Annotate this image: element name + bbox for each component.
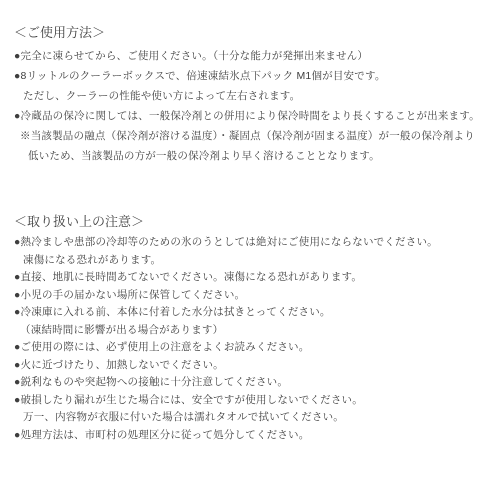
item-text: ご使用の際には、必ず使用上の注意をよくお読みください。	[21, 341, 310, 353]
item-text: 処理方法は、市町村の処理区分に従って処分してください。	[21, 429, 310, 441]
item-text: 破損したり漏れが生じた場合には、安全ですが使用しないでください。	[21, 394, 363, 406]
list-item-continuation: 凍傷になる恐れがあります。	[14, 252, 474, 270]
instruction-document: ＜ご使用方法＞ ●完全に凍らせてから、ご使用ください。（十分な能力が発揮出来ませ…	[0, 0, 480, 444]
item-text: 熱冷ましや患部の冷却等のための氷のうとしては絶対にご使用にならないでください。	[21, 236, 438, 248]
list-item: ●直接、地肌に長時間あてないでください。凍傷になる恐れがあります。	[14, 269, 474, 287]
list-item: ●冷凍庫に入れる前、本体に付着した水分は拭きとってください。	[14, 304, 474, 322]
item-text: 冷蔵品の保冷に関しては、一般保冷剤との併用により保冷時間をより長くすることが出来…	[21, 110, 480, 122]
list-item: ●8リットルのクーラーボックスで、倍速凍結氷点下パック M1個が目安です。	[14, 66, 474, 86]
list-item: ●火に近づけたり、加熱しないでください。	[14, 357, 474, 375]
item-text: （凍結時間に影響が出る場合があります）	[20, 324, 223, 336]
list-item: ●熱冷ましや患部の冷却等のための氷のうとしては絶対にご使用にならないでください。	[14, 234, 474, 252]
list-item: ●小児の手の届かない場所に保管してください。	[14, 287, 474, 305]
list-item: ●完全に凍らせてから、ご使用ください。（十分な能力が発揮出来ません）	[14, 46, 474, 66]
list-item-continuation: 低いため、当該製品の方が一般の保冷剤より早く溶けることとなります。	[14, 146, 474, 166]
item-text: 直接、地肌に長時間あてないでください。凍傷になる恐れがあります。	[21, 271, 363, 283]
item-text: 凍傷になる恐れがあります。	[23, 254, 161, 266]
list-item-continuation: ただし、クーラーの性能や使い方によって左右されます。	[14, 86, 474, 106]
reference-mark-icon: ※	[20, 130, 31, 142]
usage-item-list: ●完全に凍らせてから、ご使用ください。（十分な能力が発揮出来ません） ●8リット…	[14, 46, 474, 166]
item-text: 万一、内容物が衣服に付いた場合は濡れタオルで拭いてください。	[23, 411, 344, 423]
section-heading-precautions: ＜取り扱い上の注意＞	[14, 213, 474, 231]
item-text: ただし、クーラーの性能や使い方によって左右されます。	[23, 90, 300, 102]
item-text: 冷凍庫に入れる前、本体に付着した水分は拭きとってください。	[21, 306, 331, 318]
item-text: 火に近づけたり、加熱しないでください。	[21, 359, 224, 371]
precaution-item-list: ●熱冷ましや患部の冷却等のための氷のうとしては絶対にご使用にならないでください。…	[14, 234, 474, 444]
list-item-continuation: 万一、内容物が衣服に付いた場合は濡れタオルで拭いてください。	[14, 409, 474, 427]
list-item: ●鋭利なものや突起物への接触に十分注意してください。	[14, 374, 474, 392]
item-text: 当該製品の融点（保冷剤が溶ける温度）・凝固点（保冷剤が固まる温度）が一般の保冷剤…	[31, 130, 475, 142]
item-text: 小児の手の届かない場所に保管してください。	[21, 289, 246, 301]
item-text: 完全に凍らせてから、ご使用ください。（十分な能力が発揮出来ません）	[21, 50, 369, 62]
item-text: 鋭利なものや突起物への接触に十分注意してください。	[21, 376, 289, 388]
item-text: 8リットルのクーラーボックスで、倍速凍結氷点下パック M1個が目安です。	[21, 70, 386, 82]
list-item: ●破損したり漏れが生じた場合には、安全ですが使用しないでください。	[14, 392, 474, 410]
section-precautions: ＜取り扱い上の注意＞ ●熱冷ましや患部の冷却等のための氷のうとしては絶対にご使用…	[14, 213, 474, 444]
list-item-continuation: （凍結時間に影響が出る場合があります）	[14, 322, 474, 340]
list-item: ●処理方法は、市町村の処理区分に従って処分してください。	[14, 427, 474, 445]
section-usage: ＜ご使用方法＞ ●完全に凍らせてから、ご使用ください。（十分な能力が発揮出来ませ…	[14, 24, 474, 166]
section-heading-usage: ＜ご使用方法＞	[14, 24, 474, 42]
list-item-note: ※当該製品の融点（保冷剤が溶ける温度）・凝固点（保冷剤が固まる温度）が一般の保冷…	[14, 126, 474, 146]
list-item: ●冷蔵品の保冷に関しては、一般保冷剤との併用により保冷時間をより長くすることが出…	[14, 106, 474, 126]
item-text: 低いため、当該製品の方が一般の保冷剤より早く溶けることとなります。	[28, 150, 380, 162]
list-item: ●ご使用の際には、必ず使用上の注意をよくお読みください。	[14, 339, 474, 357]
